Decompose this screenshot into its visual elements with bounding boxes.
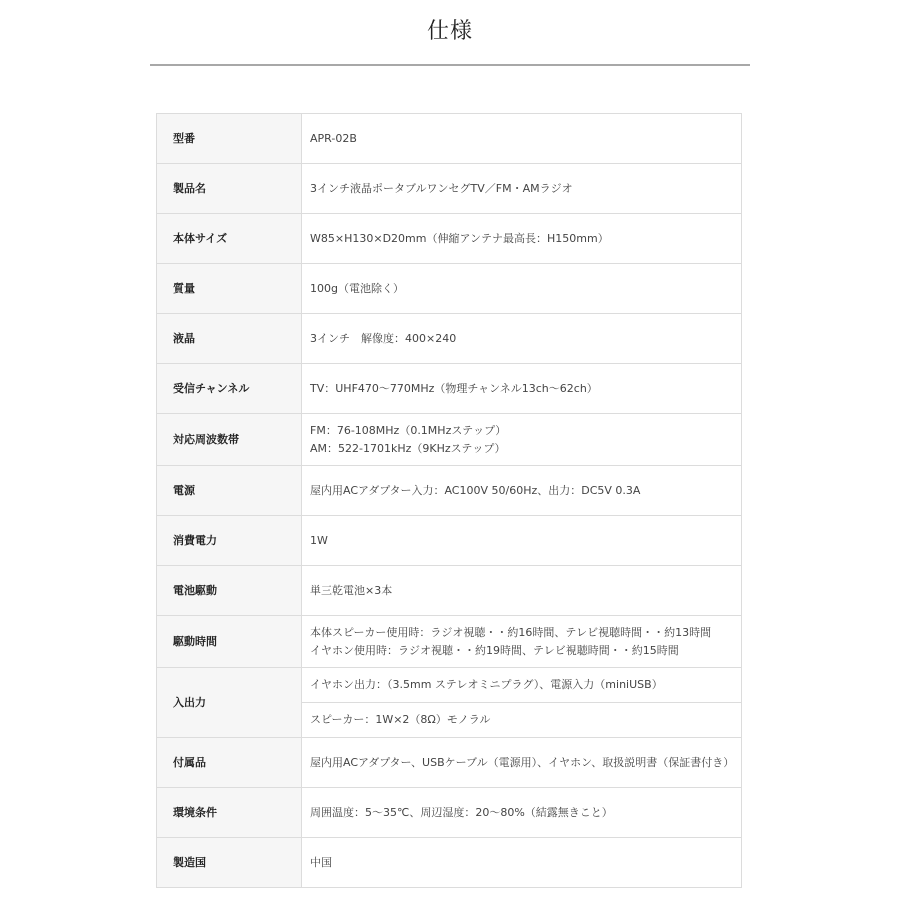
spec-value: W85×H130×D20mm（伸縮アンテナ最高長：H150mm） [302,214,742,264]
spec-value: 中国 [302,838,742,888]
spec-row-country: 製造国 中国 [157,838,742,888]
spec-label: 本体サイズ [157,214,302,264]
spec-label: 電源 [157,466,302,516]
spec-row-model: 型番 APR-02B [157,114,742,164]
spec-row-size: 本体サイズ W85×H130×D20mm（伸縮アンテナ最高長：H150mm） [157,214,742,264]
spec-value: APR-02B [302,114,742,164]
spec-label: 製品名 [157,164,302,214]
spec-label: 電池駆動 [157,566,302,616]
spec-row-power-source: 電源 屋内用ACアダプター入力：AC100V 50/60Hz、出力：DC5V 0… [157,466,742,516]
spec-row-weight: 質量 100g（電池除く） [157,264,742,314]
spec-label: 質量 [157,264,302,314]
spec-row-accessories: 付属品 屋内用ACアダプター、USBケーブル（電源用）、イヤホン、取扱説明書（保… [157,738,742,788]
spec-row-io: 入出力 イヤホン出力：（3.5mm ステレオミニプラグ）、電源入力（miniUS… [157,668,742,703]
spec-value-line: FM：76-108MHz（0.1MHzステップ） [310,422,741,440]
spec-row-lcd: 液晶 3インチ 解像度：400×240 [157,314,742,364]
spec-row-battery: 電池駆動 単三乾電池×3本 [157,566,742,616]
spec-label: 対応周波数帯 [157,414,302,466]
spec-value: 単三乾電池×3本 [302,566,742,616]
spec-value: 屋内用ACアダプター、USBケーブル（電源用）、イヤホン、取扱説明書（保証書付き… [302,738,742,788]
spec-row-environment: 環境条件 周囲温度：5～35℃、周辺湿度：20～80%（結露無きこと） [157,788,742,838]
spec-label: 入出力 [157,668,302,738]
title-divider [150,64,750,66]
spec-table: 型番 APR-02B 製品名 3インチ液晶ポータブルワンセグTV／FM・AMラジ… [156,113,742,888]
spec-row-frequency: 対応周波数帯 FM：76-108MHz（0.1MHzステップ） AM：522-1… [157,414,742,466]
spec-value-line: イヤホン使用時：ラジオ視聴・・約19時間、テレビ視聴時間・・約15時間 [310,642,741,660]
spec-value-line: AM：522-1701kHz（9KHzステップ） [310,440,741,458]
spec-label: 液晶 [157,314,302,364]
spec-value: 周囲温度：5～35℃、周辺湿度：20～80%（結露無きこと） [302,788,742,838]
spec-label: 環境条件 [157,788,302,838]
spec-value: TV：UHF470～770MHz（物理チャンネル13ch～62ch） [302,364,742,414]
spec-row-runtime: 駆動時間 本体スピーカー使用時：ラジオ視聴・・約16時間、テレビ視聴時間・・約1… [157,616,742,668]
spec-row-power-consumption: 消費電力 1W [157,516,742,566]
spec-value: 屋内用ACアダプター入力：AC100V 50/60Hz、出力：DC5V 0.3A [302,466,742,516]
spec-value: イヤホン出力：（3.5mm ステレオミニプラグ）、電源入力（miniUSB） [302,668,742,703]
spec-label: 受信チャンネル [157,364,302,414]
spec-label: 製造国 [157,838,302,888]
spec-value: 3インチ液晶ポータブルワンセグTV／FM・AMラジオ [302,164,742,214]
spec-value-line: 本体スピーカー使用時：ラジオ視聴・・約16時間、テレビ視聴時間・・約13時間 [310,624,741,642]
spec-label: 消費電力 [157,516,302,566]
page-title: 仕様 [0,14,900,45]
spec-value: 100g（電池除く） [302,264,742,314]
spec-label: 型番 [157,114,302,164]
spec-value: 3インチ 解像度：400×240 [302,314,742,364]
spec-value: FM：76-108MHz（0.1MHzステップ） AM：522-1701kHz（… [302,414,742,466]
spec-value: 本体スピーカー使用時：ラジオ視聴・・約16時間、テレビ視聴時間・・約13時間 イ… [302,616,742,668]
spec-value: スピーカー：1W×2（8Ω）モノラル [302,703,742,738]
spec-label: 駆動時間 [157,616,302,668]
spec-label: 付属品 [157,738,302,788]
spec-row-product-name: 製品名 3インチ液晶ポータブルワンセグTV／FM・AMラジオ [157,164,742,214]
spec-value: 1W [302,516,742,566]
spec-row-channels: 受信チャンネル TV：UHF470～770MHz（物理チャンネル13ch～62c… [157,364,742,414]
